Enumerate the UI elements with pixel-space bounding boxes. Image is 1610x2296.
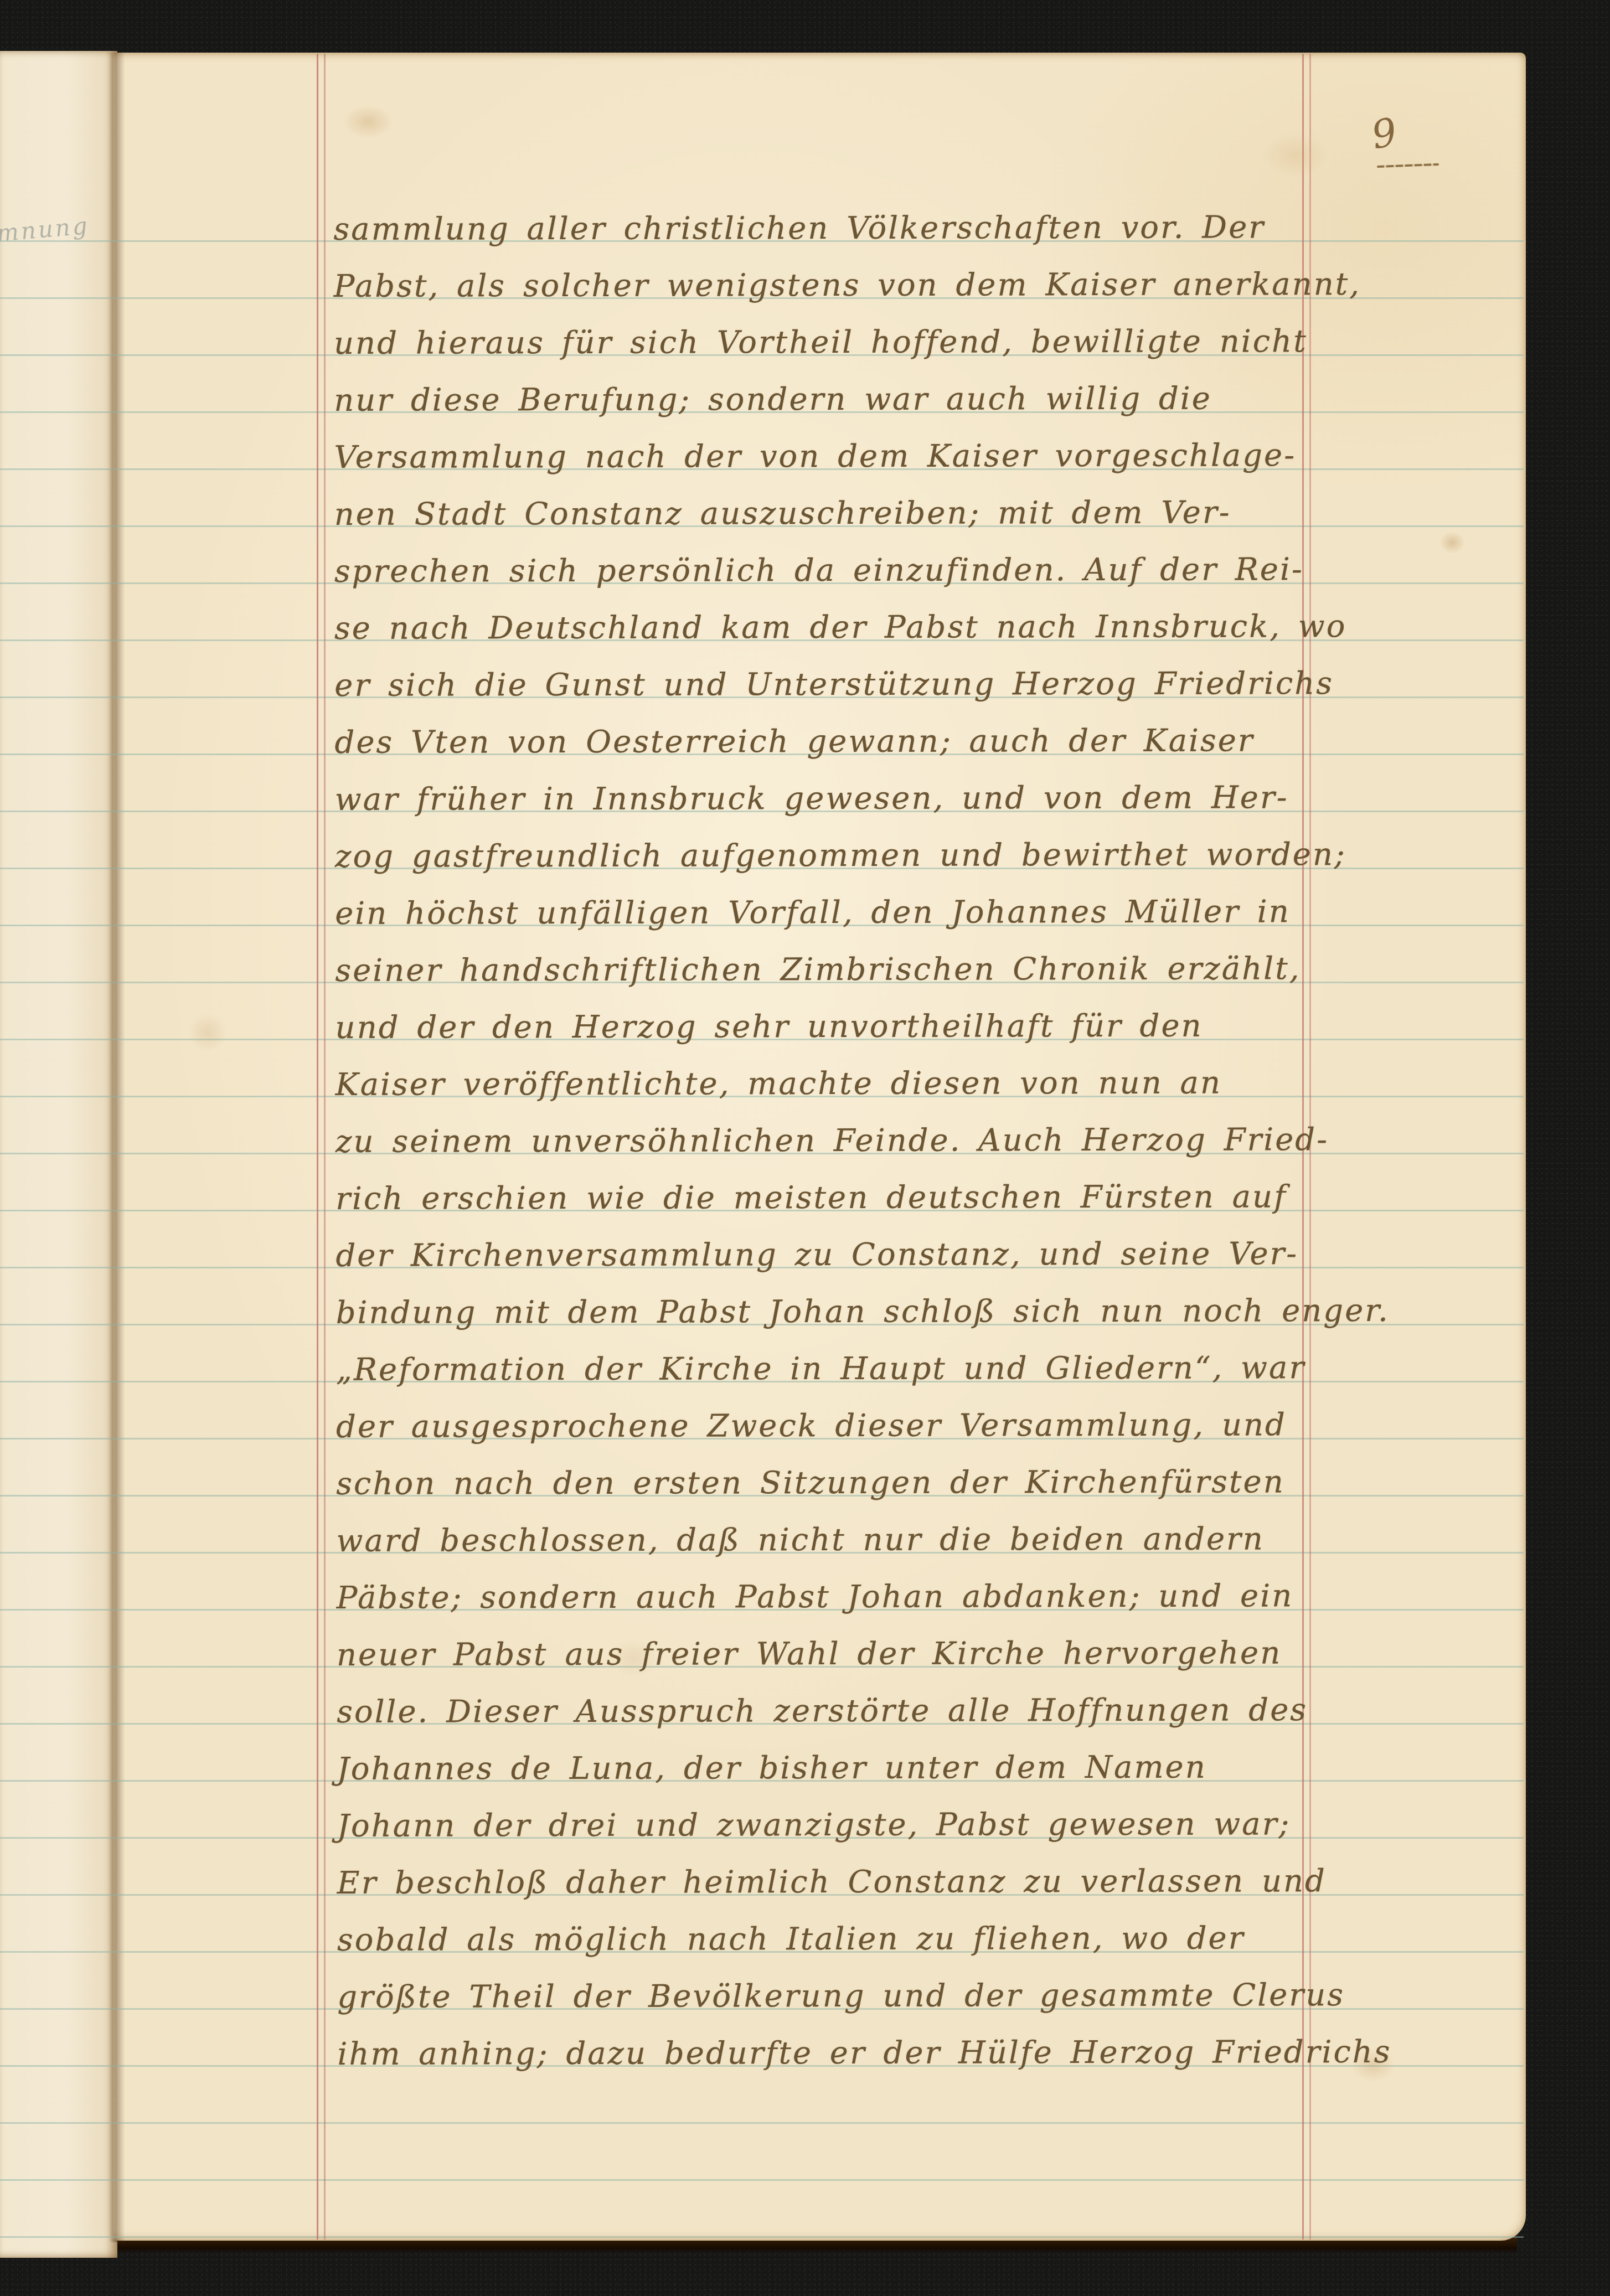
handwriting-text-block: sammlung aller christlichen Völkerschaft… xyxy=(333,199,1334,2083)
handwriting-line: Pabst, als solcher wenigstens von dem Ka… xyxy=(334,256,1330,315)
handwriting-line: seiner handschriftlichen Zimbrischen Chr… xyxy=(335,940,1332,999)
handwriting-line: der Kirchenversammlung zu Constanz, und … xyxy=(336,1225,1332,1284)
handwriting-line: Versammlung nach der von dem Kaiser vorg… xyxy=(334,427,1330,486)
left-margin-rule xyxy=(317,54,326,2240)
handwriting-line: sprechen sich persönlich da einzufinden.… xyxy=(334,541,1331,600)
handwriting-line: und hieraus für sich Vortheil hoffend, b… xyxy=(334,313,1330,372)
handwriting-line: neuer Pabst aus freier Wahl der Kirche h… xyxy=(337,1624,1333,1684)
handwriting-line: rich erschien wie die meisten deutschen … xyxy=(336,1168,1332,1227)
handwriting-line: „Reformation der Kirche in Haupt und Gli… xyxy=(336,1339,1333,1399)
handwriting-line: ward beschlossen, daß nicht nur die beid… xyxy=(336,1510,1333,1570)
handwriting-line: zu seinem unversöhnlichen Feinde. Auch H… xyxy=(336,1111,1332,1170)
handwriting-line: Päbste; sondern auch Pabst Johan abdanke… xyxy=(337,1567,1333,1627)
handwriting-line: zog gastfreundlich aufgenommen und bewir… xyxy=(335,826,1332,885)
handwriting-line: schon nach den ersten Sitzungen der Kirc… xyxy=(336,1453,1333,1513)
handwriting-line: Johannes de Luna, der bisher unter dem N… xyxy=(337,1738,1333,1798)
handwriting-line: sobald als möglich nach Italien zu flieh… xyxy=(337,1910,1334,1969)
handwriting-line: Er beschloß daher heimlich Constanz zu v… xyxy=(337,1853,1334,1912)
handwriting-line: war früher in Innsbruck gewesen, und von… xyxy=(335,769,1332,828)
handwriting-line: nur diese Berufung; sondern war auch wil… xyxy=(334,370,1330,429)
handwriting-line: der ausgesprochene Zweck dieser Versamml… xyxy=(336,1396,1333,1456)
handwriting-line: Kaiser veröffentlichte, machte diesen vo… xyxy=(336,1054,1332,1113)
handwriting-line: bindung mit dem Pabst Johan schloß sich … xyxy=(336,1282,1333,1342)
handwriting-line: er sich die Gunst und Unterstützung Herz… xyxy=(334,655,1331,714)
handwriting-line: Johann der drei und zwanzigste, Pabst ge… xyxy=(337,1795,1333,1855)
handwriting-line: des Vten von Oesterreich gewann; auch de… xyxy=(334,712,1331,771)
handwriting-line: solle. Dieser Ausspruch zerstörte alle H… xyxy=(337,1681,1333,1741)
handwriting-line: nen Stadt Constanz auszuschreiben; mit d… xyxy=(334,484,1331,543)
photograph-of-manuscript: ymnung 9 sammlung aller christlichen Völ… xyxy=(0,0,1610,2296)
handwriting-line: se nach Deutschland kam der Pabst nach I… xyxy=(334,598,1331,657)
handwriting-line: größte Theil der Bevölkerung und der ges… xyxy=(337,1967,1334,2026)
handwriting-line: ihm anhing; dazu bedurfte er der Hülfe H… xyxy=(337,2024,1334,2083)
handwriting-line: ein höchst unfälligen Vorfall, den Johan… xyxy=(335,883,1332,942)
handwriting-line: sammlung aller christlichen Völkerschaft… xyxy=(333,199,1330,258)
handwriting-line: und der den Herzog sehr unvortheilhaft f… xyxy=(335,997,1332,1056)
